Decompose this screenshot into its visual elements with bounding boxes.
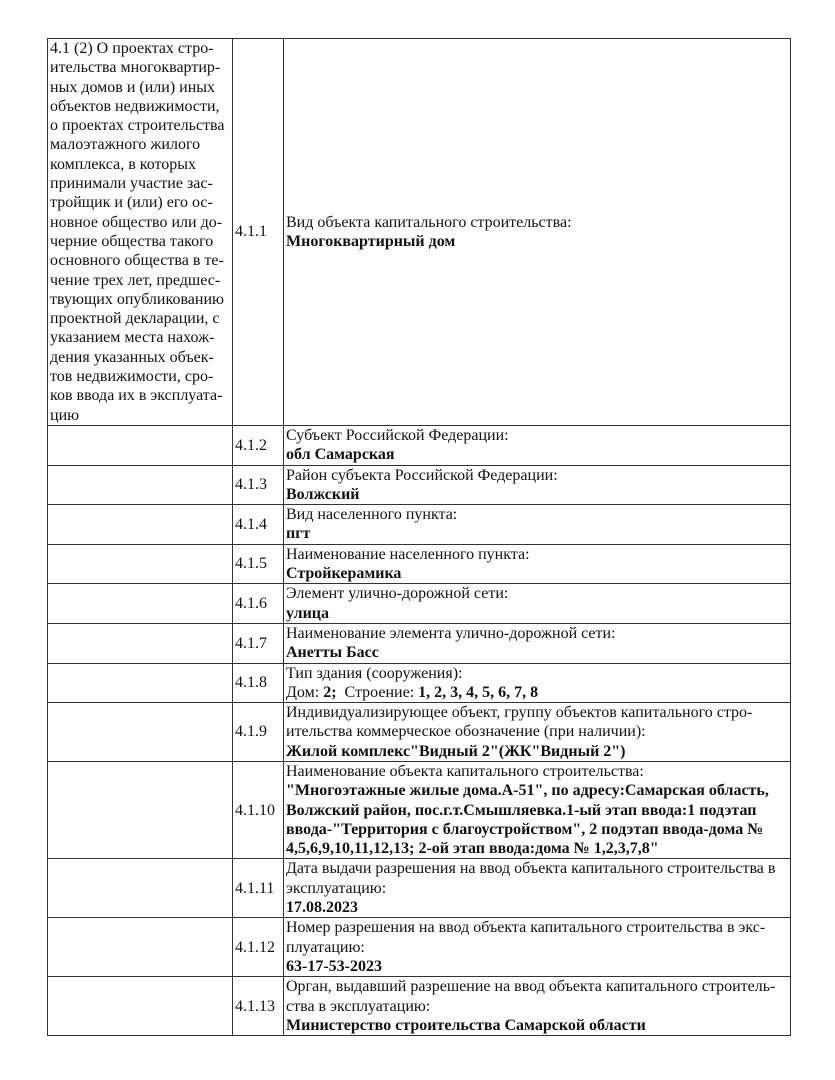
empty-cell: [48, 584, 233, 624]
item-number: 4.1.11: [233, 859, 284, 918]
item-label: Субъект Российской Федерации:: [286, 426, 788, 445]
item-content: Элемент улично-дорожной сети: улица: [284, 584, 791, 624]
item-number: 4.1.12: [233, 918, 284, 977]
table-row: 4.1.6 Элемент улично-дорожной сети: улиц…: [48, 584, 791, 624]
empty-cell: [48, 663, 233, 703]
empty-cell: [48, 703, 233, 762]
item-label: Индивидуализирующее объект, группу объек…: [286, 703, 788, 742]
item-value: Волжский: [286, 485, 788, 504]
section-line: ительства многоквартир-: [50, 58, 230, 77]
item-value: Многоквартирный дом: [286, 232, 788, 251]
item-number: 4.1.6: [233, 584, 284, 624]
section-line: основного общества в те-: [50, 251, 230, 270]
section-line: ных домов и (или) иных: [50, 78, 230, 97]
table-row: 4.1.10 Наименование объекта капитального…: [48, 761, 791, 858]
item-number: 4.1.10: [233, 761, 284, 858]
item-number: 4.1.8: [233, 663, 284, 703]
item-label: Тип здания (сооружения):: [286, 664, 788, 683]
section-line: тройщик и (или) его ос-: [50, 193, 230, 212]
item-content: Наименование объекта капитального строит…: [284, 761, 791, 858]
section-line: указанием места нахож-: [50, 328, 230, 347]
item-value: Анетты Басс: [286, 643, 788, 662]
empty-cell: [48, 761, 233, 858]
section-line: цию: [50, 406, 230, 425]
empty-cell: [48, 425, 233, 465]
item-content: Район субъекта Российской Федерации: Вол…: [284, 465, 791, 505]
item-number: 4.1.7: [233, 623, 284, 663]
section-line: ков ввода их в эксплуата-: [50, 386, 230, 405]
empty-cell: [48, 859, 233, 918]
item-content: Индивидуализирующее объект, группу объек…: [284, 703, 791, 762]
table-row: 4.1.7 Наименование элемента улично-дорож…: [48, 623, 791, 663]
empty-cell: [48, 544, 233, 584]
section-line: дения указанных объек-: [50, 348, 230, 367]
section-line: объектов недвижимости,: [50, 97, 230, 116]
item-value: Жилой комплекс"Видный 2"(ЖК"Видный 2"): [286, 742, 788, 761]
item-label: Номер разрешения на ввод объекта капитал…: [286, 918, 788, 957]
section-line: малоэтажного жилого: [50, 135, 230, 154]
table-row: 4.1.8 Тип здания (сооружения): Дом: 2; С…: [48, 663, 791, 703]
section-line: черние общества такого: [50, 232, 230, 251]
section-line: новное общество или до-: [50, 213, 230, 232]
item-content: Дата выдачи разрешения на ввод объекта к…: [284, 859, 791, 918]
item-value: Стройкерамика: [286, 564, 788, 583]
item-number: 4.1.2: [233, 425, 284, 465]
item-value: обл Самарская: [286, 445, 788, 464]
building-type-line: Дом: 2; Строение: 1, 2, 3, 4, 5, 6, 7, 8: [286, 683, 788, 702]
table-row: 4.1.13 Орган, выдавший разрешение на вво…: [48, 977, 791, 1036]
item-value: "Многоэтажные жилые дома.А-51", по адрес…: [286, 781, 788, 858]
item-number: 4.1.4: [233, 505, 284, 545]
section-line: комплекса, в которых: [50, 155, 230, 174]
section-heading-cell: 4.1 (2) О проектах стро- ительства много…: [48, 39, 233, 426]
house-value: 2;: [323, 684, 336, 701]
item-label: Вид объекта капитального строительства:: [286, 213, 788, 232]
item-value: 63-17-53-2023: [286, 957, 788, 976]
empty-cell: [48, 918, 233, 977]
item-number: 4.1.9: [233, 703, 284, 762]
table-row: 4.1.5 Наименование населенного пункта: С…: [48, 544, 791, 584]
section-line: 4.1 (2) О проектах стро-: [50, 39, 230, 58]
table-row: 4.1.12 Номер разрешения на ввод объекта …: [48, 918, 791, 977]
item-label: Наименование объекта капитального строит…: [286, 762, 788, 781]
item-number: 4.1.1: [233, 39, 284, 426]
section-line: твующих опубликованию: [50, 290, 230, 309]
item-number: 4.1.13: [233, 977, 284, 1036]
section-line: тов недвижимости, сро-: [50, 367, 230, 386]
item-content: Субъект Российской Федерации: обл Самарс…: [284, 425, 791, 465]
item-content: Номер разрешения на ввод объекта капитал…: [284, 918, 791, 977]
table-row: 4.1.9 Индивидуализирующее объект, группу…: [48, 703, 791, 762]
item-value: пгт: [286, 524, 788, 543]
item-number: 4.1.3: [233, 465, 284, 505]
empty-cell: [48, 977, 233, 1036]
item-label: Район субъекта Российской Федерации:: [286, 466, 788, 485]
table-row: 4.1.4 Вид населенного пункта: пгт: [48, 505, 791, 545]
section-line: проектной декларации, с: [50, 309, 230, 328]
house-label: Дом:: [286, 684, 319, 701]
table-row: 4.1.11 Дата выдачи разрешения на ввод об…: [48, 859, 791, 918]
item-number: 4.1.5: [233, 544, 284, 584]
item-label: Элемент улично-дорожной сети:: [286, 584, 788, 603]
item-content: Орган, выдавший разрешение на ввод объек…: [284, 977, 791, 1036]
item-content: Вид населенного пункта: пгт: [284, 505, 791, 545]
table-row: 4.1.2 Субъект Российской Федерации: обл …: [48, 425, 791, 465]
item-label: Наименование населенного пункта:: [286, 545, 788, 564]
table-row: 4.1 (2) О проектах стро- ительства много…: [48, 39, 791, 426]
project-declaration-table: 4.1 (2) О проектах стро- ительства много…: [47, 38, 791, 1036]
item-label: Вид населенного пункта:: [286, 505, 788, 524]
empty-cell: [48, 465, 233, 505]
item-value: Министерство строительства Самарской обл…: [286, 1016, 788, 1035]
item-content: Наименование элемента улично-дорожной се…: [284, 623, 791, 663]
item-label: Наименование элемента улично-дорожной се…: [286, 624, 788, 643]
building-label: Строение:: [345, 684, 415, 701]
item-label: Дата выдачи разрешения на ввод объекта к…: [286, 859, 788, 898]
section-line: чение трех лет, предшес-: [50, 271, 230, 290]
item-content: Вид объекта капитального строительства: …: [284, 39, 791, 426]
table-row: 4.1.3 Район субъекта Российской Федераци…: [48, 465, 791, 505]
item-content: Наименование населенного пункта: Стройке…: [284, 544, 791, 584]
building-value: 1, 2, 3, 4, 5, 6, 7, 8: [418, 684, 538, 701]
empty-cell: [48, 505, 233, 545]
item-content: Тип здания (сооружения): Дом: 2; Строени…: [284, 663, 791, 703]
section-line: о проектах строительства: [50, 116, 230, 135]
item-value: улица: [286, 604, 788, 623]
empty-cell: [48, 623, 233, 663]
item-value: 17.08.2023: [286, 898, 788, 917]
section-line: принимали участие зас-: [50, 174, 230, 193]
item-label: Орган, выдавший разрешение на ввод объек…: [286, 977, 788, 1016]
